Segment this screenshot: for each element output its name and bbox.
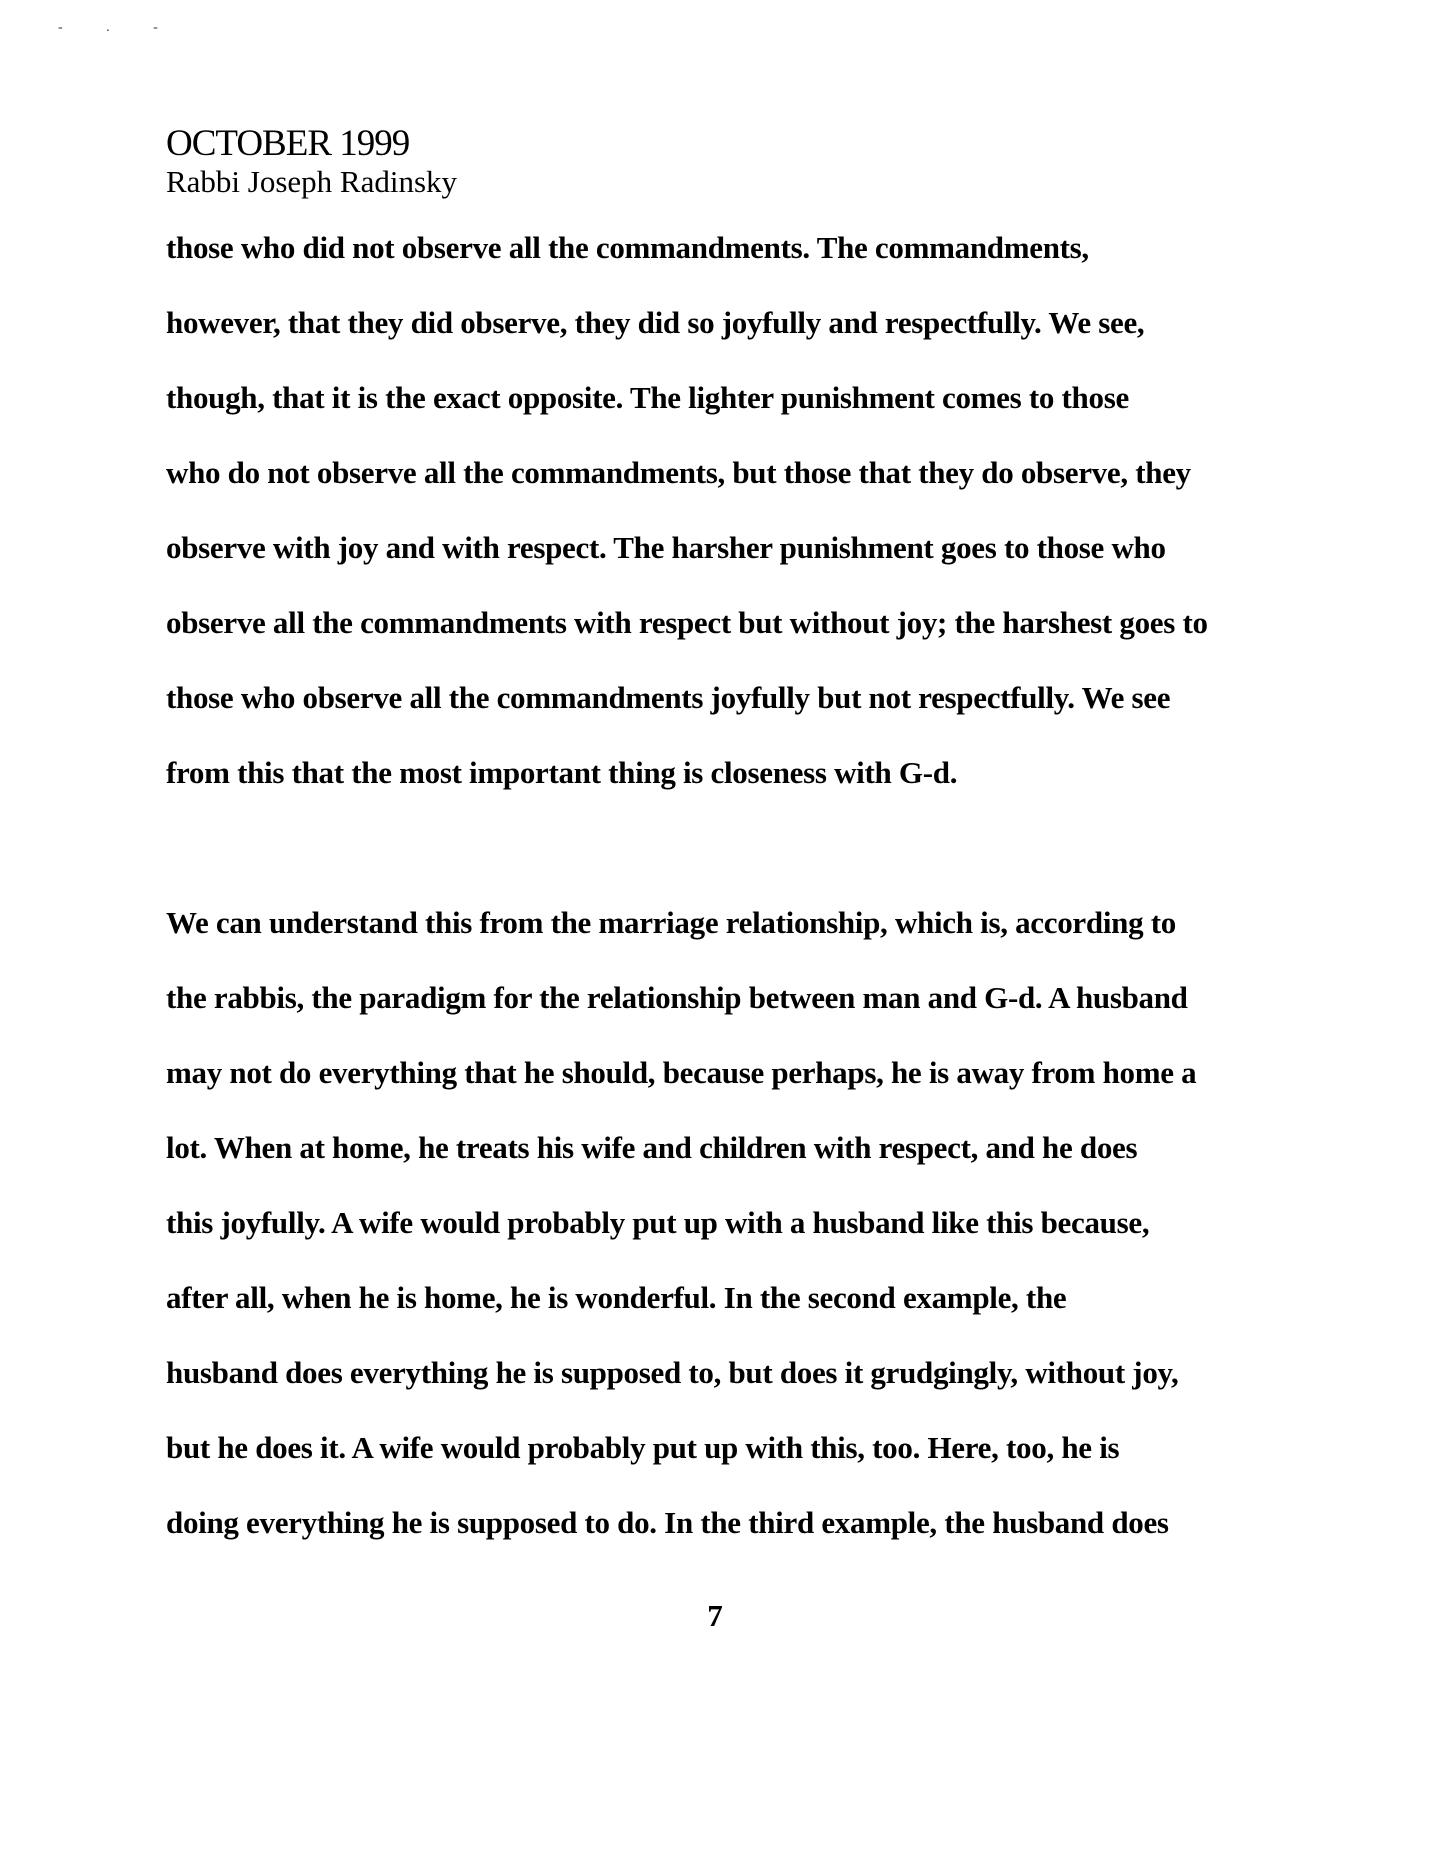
text-line: those who observe all the commandments j… — [166, 678, 1276, 753]
page-header: OCTOBER 1999 Rabbi Joseph Radinsky — [166, 124, 457, 200]
text-line: lot. When at home, he treats his wife an… — [166, 1128, 1276, 1203]
scan-marks: - . - — [58, 20, 178, 36]
text-line: this joyfully. A wife would probably put… — [166, 1203, 1276, 1278]
text-line: observe all the commandments with respec… — [166, 603, 1276, 678]
text-line: after all, when he is home, he is wonder… — [166, 1278, 1276, 1353]
header-author: Rabbi Joseph Radinsky — [166, 164, 457, 200]
page-number: 7 — [0, 1598, 1430, 1634]
text-line: doing everything he is supposed to do. I… — [166, 1503, 1276, 1578]
paragraph-gap — [166, 828, 1276, 903]
text-line: We can understand this from the marriage… — [166, 903, 1276, 978]
paragraph-2: We can understand this from the marriage… — [166, 903, 1276, 1578]
text-line: may not do everything that he should, be… — [166, 1053, 1276, 1128]
body-text: those who did not observe all the comman… — [166, 228, 1276, 1578]
text-line: from this that the most important thing … — [166, 753, 1276, 828]
text-line: but he does it. A wife would probably pu… — [166, 1428, 1276, 1503]
header-date: OCTOBER 1999 — [166, 124, 457, 164]
text-line: who do not observe all the commandments,… — [166, 453, 1276, 528]
text-line: husband does everything he is supposed t… — [166, 1353, 1276, 1428]
text-line: however, that they did observe, they did… — [166, 303, 1276, 378]
text-line: observe with joy and with respect. The h… — [166, 528, 1276, 603]
text-line: though, that it is the exact opposite. T… — [166, 378, 1276, 453]
paragraph-1: those who did not observe all the comman… — [166, 228, 1276, 828]
text-line: those who did not observe all the comman… — [166, 228, 1276, 303]
text-line: the rabbis, the paradigm for the relatio… — [166, 978, 1276, 1053]
